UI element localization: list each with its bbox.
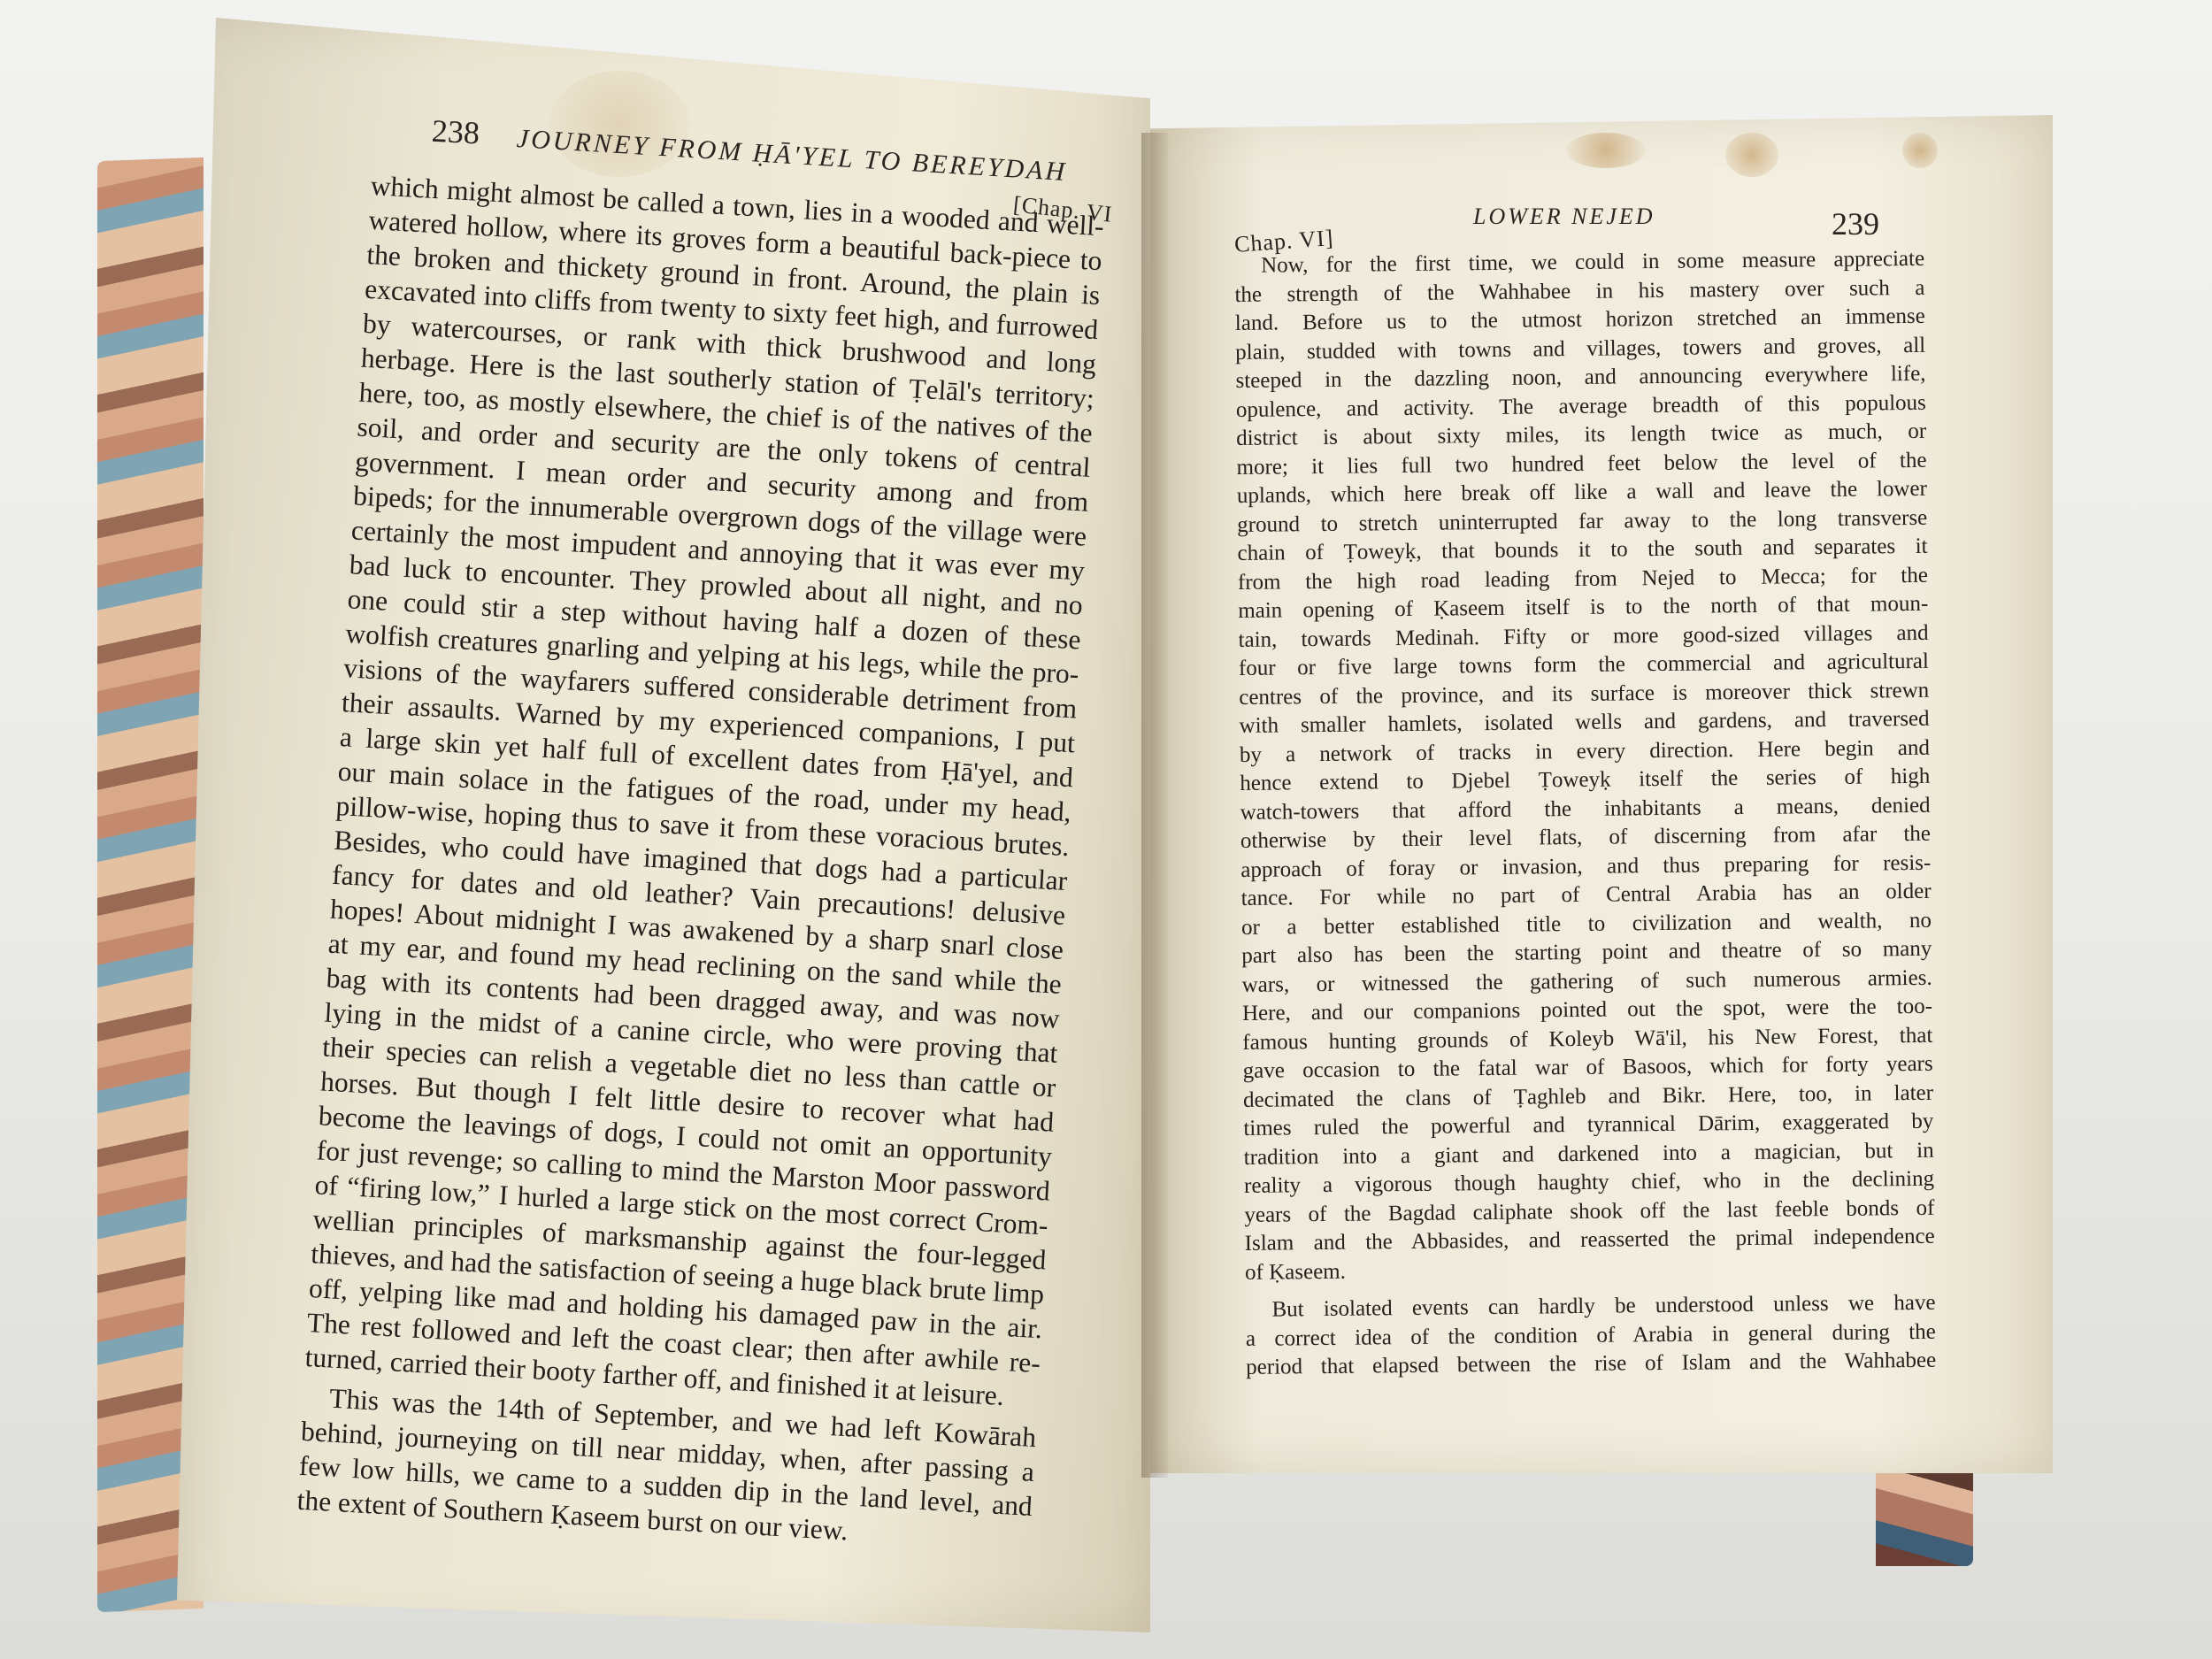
right-page-body: Now, for the first time, we could in som… bbox=[1234, 245, 1936, 1383]
book-gutter bbox=[1141, 133, 1168, 1478]
right-page-number: 239 bbox=[1832, 205, 1879, 242]
right-running-head: LOWER NEJED bbox=[1473, 204, 1655, 230]
foxing-stain bbox=[1902, 133, 1938, 168]
paragraph: which might almost be called a town, lie… bbox=[304, 168, 1105, 1415]
paragraph: Now, for the first time, we could in som… bbox=[1234, 245, 1935, 1287]
left-page-body: which might almost be called a town, lie… bbox=[296, 168, 1105, 1558]
foxing-stain bbox=[1725, 133, 1778, 177]
paragraph: But isolated events can hardly be unders… bbox=[1245, 1289, 1936, 1383]
left-page-number: 238 bbox=[431, 112, 480, 152]
foxing-stain bbox=[1566, 133, 1646, 168]
